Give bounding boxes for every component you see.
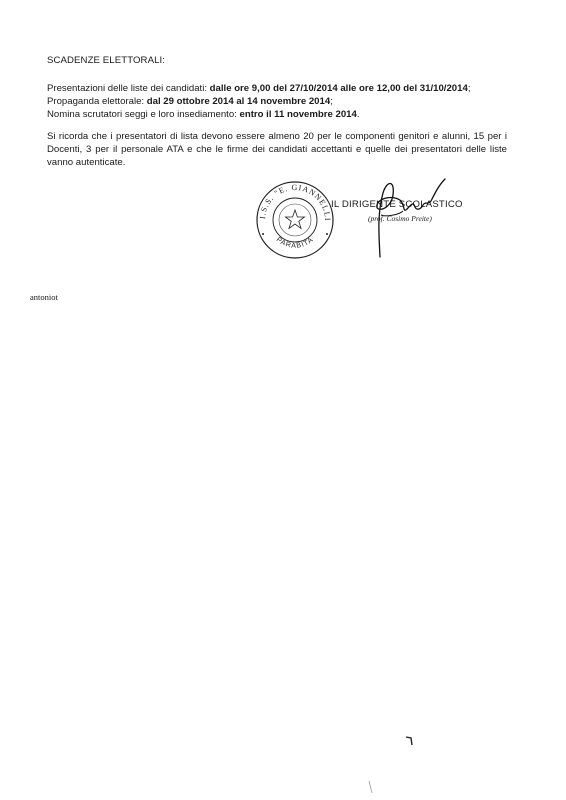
- deadline-value: entro il 11 novembre 2014: [240, 109, 357, 120]
- handwritten-signature-icon: [355, 175, 455, 265]
- deadline-propaganda: Propaganda elettorale: dal 29 ottobre 20…: [47, 95, 333, 108]
- deadline-label: Nomina scrutatori seggi e loro insediame…: [47, 109, 240, 120]
- section-heading: SCADENZE ELETTORALI:: [47, 54, 165, 67]
- deadline-label: Presentazioni delle liste dei candidati:: [47, 83, 210, 94]
- school-stamp-icon: I.I.S.S. "E. GIANNELLI" PARABITA: [255, 180, 335, 260]
- author-initials: antoniot: [30, 292, 58, 302]
- scan-artifact-icon: [368, 780, 374, 794]
- svg-text:PARABITA: PARABITA: [275, 236, 315, 250]
- scan-artifact-icon: [405, 735, 415, 747]
- deadline-label: Propaganda elettorale:: [47, 96, 147, 107]
- reminder-paragraph: Si ricorda che i presentatori di lista d…: [47, 130, 507, 169]
- deadline-value: dal 29 ottobre 2014 al 14 novembre 2014: [147, 96, 330, 107]
- deadline-value: dalle ore 9,00 del 27/10/2014 alle ore 1…: [210, 83, 468, 94]
- deadline-candidate-lists: Presentazioni delle liste dei candidati:…: [47, 82, 471, 95]
- deadline-scrutineers: Nomina scrutatori seggi e loro insediame…: [47, 108, 360, 121]
